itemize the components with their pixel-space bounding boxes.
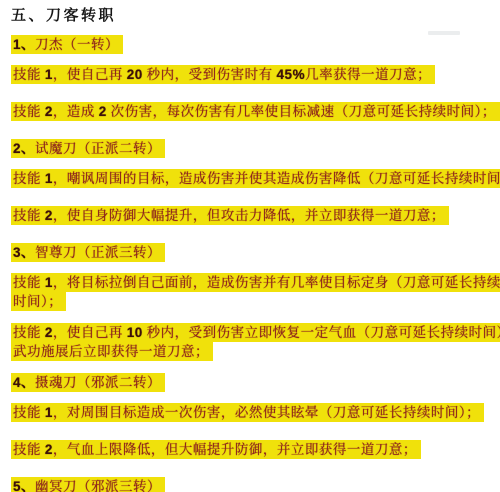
section-4-skill-2: 技能 2，气血上限降低，但大幅提升防御，并立即获得一道刀意； bbox=[11, 440, 500, 459]
section-2-heading: 2、试魔刀（正派二转） bbox=[11, 139, 500, 158]
section-4-skill-1: 技能 1，对周围目标造成一次伤害，必然使其眩晕（刀意可延长持续时间）； bbox=[11, 403, 500, 422]
section-2-skill-2: 技能 2，使自身防御大幅提升，但攻击力降低，并立即获得一道刀意； bbox=[11, 206, 500, 225]
text-line: 3、智尊刀（正派三转） bbox=[11, 243, 500, 262]
text-segment: ，使自己再 bbox=[53, 325, 127, 340]
emphasis-segment: 1 bbox=[45, 171, 53, 186]
section-2-skill-1: 技能 1，嘲讽周围的目标，造成伤害并使其造成伤害降低（刀意可延长持续时间）； bbox=[11, 169, 500, 188]
text-segment: ，使自身防御大幅提升，但攻击力降低，并立即获得一道刀意； bbox=[53, 208, 445, 223]
text-segment: 技能 bbox=[13, 67, 45, 82]
emphasis-segment: 20 bbox=[127, 67, 143, 82]
text-segment: 技能 bbox=[13, 325, 45, 340]
emphasis-segment: 2 bbox=[45, 208, 53, 223]
text-segment: 秒内，受到伤害时有 bbox=[143, 67, 277, 82]
highlighted-text: 4、摄魂刀（邪派二转） bbox=[11, 373, 165, 392]
text-line: 技能 2，造成 2 次伤害，每次伤害有几率使目标减速（刀意可延长持续时间）； bbox=[11, 102, 500, 121]
section-1-heading: 1、刀杰（一转） bbox=[11, 35, 500, 54]
section-1-skill-2: 技能 2，造成 2 次伤害，每次伤害有几率使目标减速（刀意可延长持续时间）； bbox=[11, 102, 500, 121]
emphasis-segment: 1、 bbox=[13, 37, 35, 52]
text-line: 1、刀杰（一转） bbox=[11, 35, 500, 54]
highlighted-text: 技能 1，使自己再 20 秒内，受到伤害时有 45%几率获得一道刀意； bbox=[11, 65, 435, 84]
text-line: 技能 1，嘲讽周围的目标，造成伤害并使其造成伤害降低（刀意可延长持续时间）； bbox=[11, 169, 500, 188]
emphasis-segment: 4、 bbox=[13, 375, 35, 390]
text-segment: 技能 bbox=[13, 275, 45, 290]
section-3-skill-1: 技能 1，将目标拉倒自己面前，造成伤害并有几率使目标定身（刀意可延长持续时间）； bbox=[11, 273, 500, 311]
text-line: 2、试魔刀（正派二转） bbox=[11, 139, 500, 158]
section-5-heading: 5、幽冥刀（邪派三转） bbox=[11, 477, 500, 492]
emphasis-segment: 2 bbox=[99, 104, 107, 119]
text-line: 技能 1，对周围目标造成一次伤害，必然使其眩晕（刀意可延长持续时间）； bbox=[11, 403, 500, 422]
text-line: 时间）； bbox=[11, 292, 500, 311]
emphasis-segment: 1 bbox=[45, 405, 53, 420]
emphasis-segment: 10 bbox=[127, 325, 143, 340]
text-segment: ，造成 bbox=[53, 104, 99, 119]
emphasis-segment: 1 bbox=[45, 275, 53, 290]
text-segment: 摄魂刀（邪派二转） bbox=[35, 375, 161, 390]
text-line: 技能 2，气血上限降低，但大幅提升防御，并立即获得一道刀意； bbox=[11, 440, 500, 459]
text-line: 技能 2，使自身防御大幅提升，但攻击力降低，并立即获得一道刀意； bbox=[11, 206, 500, 225]
text-line: 5、幽冥刀（邪派三转） bbox=[11, 477, 500, 492]
highlighted-text: 技能 2，使自身防御大幅提升，但攻击力降低，并立即获得一道刀意； bbox=[11, 206, 449, 225]
text-segment: 试魔刀（正派二转） bbox=[35, 141, 161, 156]
text-line: 武功施展后立即获得一道刀意； bbox=[11, 342, 500, 361]
text-line: 技能 1，使自己再 20 秒内，受到伤害时有 45%几率获得一道刀意； bbox=[11, 65, 500, 84]
emphasis-segment: 1 bbox=[45, 67, 53, 82]
highlighted-text: 3、智尊刀（正派三转） bbox=[11, 243, 165, 262]
text-segment: 技能 bbox=[13, 442, 45, 457]
text-segment: 武功施展后立即获得一道刀意； bbox=[13, 344, 209, 359]
text-segment: ，使自己再 bbox=[53, 67, 127, 82]
text-segment: ，嘲讽周围的目标，造成伤害并使其造成伤害降低（刀意可延长持续时间）； bbox=[53, 171, 500, 186]
scrollbar-artifact bbox=[428, 31, 460, 35]
highlighted-text: 1、刀杰（一转） bbox=[11, 35, 123, 54]
text-segment: 智尊刀（正派三转） bbox=[35, 245, 161, 260]
emphasis-segment: 5、 bbox=[13, 479, 35, 492]
text-segment: ，对周围目标造成一次伤害，必然使其眩晕（刀意可延长持续时间）； bbox=[53, 405, 480, 420]
emphasis-segment: 2 bbox=[45, 104, 53, 119]
section-3-heading: 3、智尊刀（正派三转） bbox=[11, 243, 500, 262]
text-segment: 幽冥刀（邪派三转） bbox=[35, 479, 161, 492]
text-segment: 几率获得一道刀意； bbox=[305, 67, 431, 82]
text-segment: 时间）； bbox=[13, 294, 62, 309]
text-segment: 技能 bbox=[13, 208, 45, 223]
text-segment: 技能 bbox=[13, 171, 45, 186]
text-segment: 次伤害，每次伤害有几率使目标减速（刀意可延长持续时间）； bbox=[107, 104, 496, 119]
text-segment: 刀杰（一转） bbox=[35, 37, 119, 52]
text-segment: 技能 bbox=[13, 405, 45, 420]
text-line: 技能 2，使自己再 10 秒内，受到伤害立即恢复一定气血（刀意可延长持续时间）， bbox=[11, 323, 500, 342]
emphasis-segment: 3、 bbox=[13, 245, 35, 260]
section-3-skill-2: 技能 2，使自己再 10 秒内，受到伤害立即恢复一定气血（刀意可延长持续时间），… bbox=[11, 323, 500, 361]
text-segment: ，将目标拉倒自己面前，造成伤害并有几率使目标定身（刀意可延长持续 bbox=[53, 275, 500, 290]
emphasis-segment: 45% bbox=[277, 67, 306, 82]
highlighted-text: 5、幽冥刀（邪派三转） bbox=[11, 477, 165, 492]
text-line: 技能 1，将目标拉倒自己面前，造成伤害并有几率使目标定身（刀意可延长持续 bbox=[11, 273, 500, 292]
emphasis-segment: 2、 bbox=[13, 141, 35, 156]
highlighted-text: 技能 1，将目标拉倒自己面前，造成伤害并有几率使目标定身（刀意可延长持续 bbox=[11, 273, 500, 292]
emphasis-segment: 2 bbox=[45, 325, 53, 340]
highlighted-text: 技能 2，造成 2 次伤害，每次伤害有几率使目标减速（刀意可延长持续时间）； bbox=[11, 102, 500, 121]
text-segment: 技能 bbox=[13, 104, 45, 119]
document-body: 1、刀杰（一转）技能 1，使自己再 20 秒内，受到伤害时有 45%几率获得一道… bbox=[11, 35, 500, 492]
highlighted-text: 时间）； bbox=[11, 292, 66, 311]
highlighted-text: 技能 2，使自己再 10 秒内，受到伤害立即恢复一定气血（刀意可延长持续时间）， bbox=[11, 323, 500, 342]
emphasis-segment: 2 bbox=[45, 442, 53, 457]
text-segment: 秒内，受到伤害立即恢复一定气血（刀意可延长持续时间）， bbox=[143, 325, 500, 340]
highlighted-text: 技能 1，嘲讽周围的目标，造成伤害并使其造成伤害降低（刀意可延长持续时间）； bbox=[11, 169, 500, 188]
section-1-skill-1: 技能 1，使自己再 20 秒内，受到伤害时有 45%几率获得一道刀意； bbox=[11, 65, 500, 84]
document-title: 五、刀客转职 bbox=[11, 6, 500, 26]
text-segment: ，气血上限降低，但大幅提升防御，并立即获得一道刀意； bbox=[53, 442, 417, 457]
highlighted-text: 技能 1，对周围目标造成一次伤害，必然使其眩晕（刀意可延长持续时间）； bbox=[11, 403, 484, 422]
document-page: 五、刀客转职 1、刀杰（一转）技能 1，使自己再 20 秒内，受到伤害时有 45… bbox=[0, 0, 500, 492]
section-4-heading: 4、摄魂刀（邪派二转） bbox=[11, 373, 500, 392]
text-line: 4、摄魂刀（邪派二转） bbox=[11, 373, 500, 392]
highlighted-text: 技能 2，气血上限降低，但大幅提升防御，并立即获得一道刀意； bbox=[11, 440, 421, 459]
highlighted-text: 2、试魔刀（正派二转） bbox=[11, 139, 165, 158]
highlighted-text: 武功施展后立即获得一道刀意； bbox=[11, 342, 213, 361]
